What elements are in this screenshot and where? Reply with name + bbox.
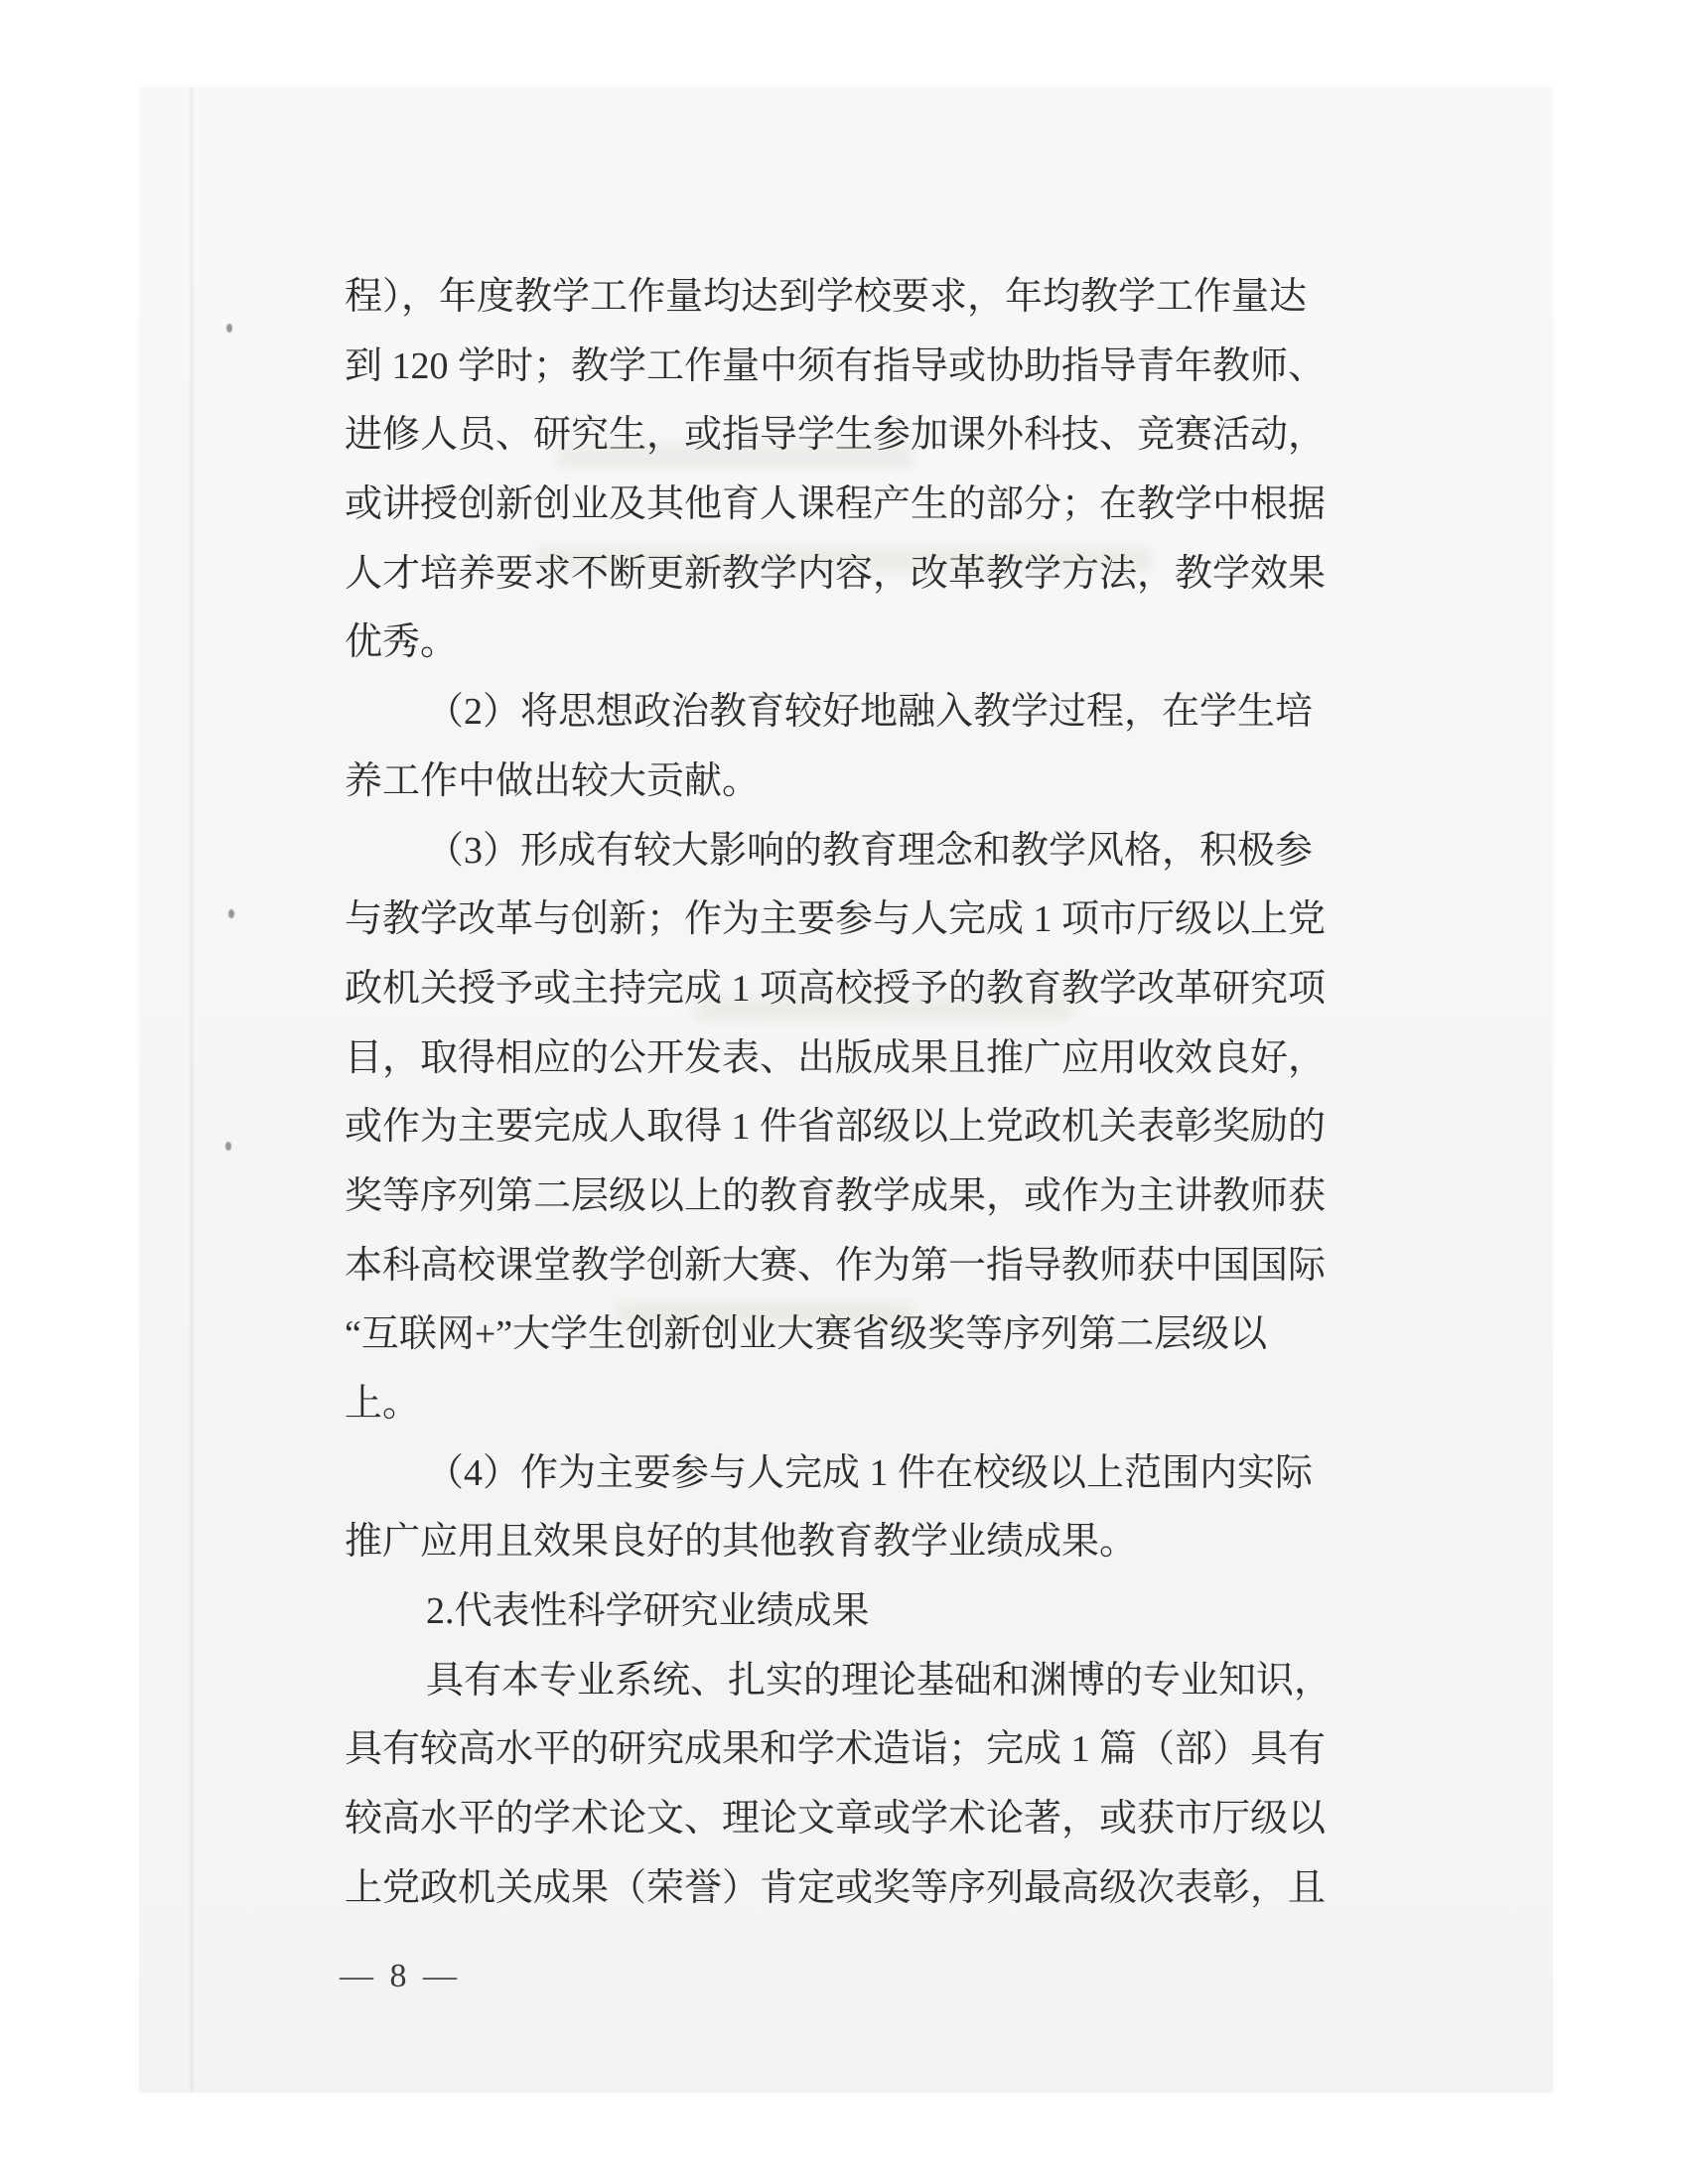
text-line: 较高水平的学术论文、理论文章或学术论著，或获市厅级以	[345, 1785, 1347, 1854]
text-line: 本科高校课堂教学创新大赛、作为第一指导教师获中国国际	[345, 1232, 1347, 1301]
text-line: 或讲授创新创业及其他育人课程产生的部分；在教学中根据	[345, 471, 1347, 540]
text-line: 养工作中做出较大贡献。	[345, 748, 1347, 817]
page-number: — 8 —	[336, 1958, 465, 1995]
text-line: 政机关授予或主持完成 1 项高校授予的教育教学改革研究项	[345, 955, 1347, 1024]
text-line-paragraph-start: （4）作为主要参与人完成 1 件在校级以上范围内实际	[345, 1439, 1347, 1509]
scan-speck-artifact	[226, 324, 232, 333]
text-line-paragraph-start: （3）形成有较大影响的教育理念和教学风格，积极参	[345, 817, 1347, 887]
text-line: 推广应用且效果良好的其他教育教学业绩成果。	[345, 1508, 1347, 1577]
text-line: 上。	[345, 1370, 1347, 1439]
text-line: 优秀。	[345, 609, 1347, 678]
text-line: 或作为主要完成人取得 1 件省部级以上党政机关表彰奖励的	[345, 1093, 1347, 1162]
text-line: 奖等序列第二层级以上的教育教学成果，或作为主讲教师获	[345, 1162, 1347, 1232]
text-line-paragraph-start: （2）将思想政治教育较好地融入教学过程，在学生培	[345, 678, 1347, 748]
text-line: 进修人员、研究生，或指导学生参加课外科技、竞赛活动，	[345, 401, 1347, 471]
text-line: 与教学改革与创新；作为主要参与人完成 1 项市厅级以上党	[345, 886, 1347, 955]
text-line: 上党政机关成果（荣誉）肯定或奖等序列最高级次表彰，且	[345, 1854, 1347, 1924]
document-body-text: 程），年度教学工作量均达到学校要求，年均教学工作量达 到 120 学时；教学工作…	[345, 263, 1347, 1924]
text-line: 具有较高水平的研究成果和学术造诣；完成 1 篇（部）具有	[345, 1715, 1347, 1785]
scanned-document-screenshot: { "document": { "language": "zh-CN", "li…	[0, 0, 1688, 2184]
text-line-heading: 2.代表性科学研究业绩成果	[345, 1577, 1347, 1647]
text-line: 人才培养要求不断更新教学内容，改革教学方法，教学效果	[345, 540, 1347, 610]
text-line: “互联网+”大学生创新创业大赛省级奖等序列第二层级以	[345, 1300, 1347, 1370]
scan-streak-artifact	[191, 87, 193, 2093]
text-line: 到 120 学时；教学工作量中须有指导或协助指导青年教师、	[345, 333, 1347, 402]
text-line: 目，取得相应的公开发表、出版成果且推广应用收效良好，	[345, 1024, 1347, 1094]
scan-speck-artifact	[225, 1142, 231, 1151]
text-line: 程），年度教学工作量均达到学校要求，年均教学工作量达	[345, 263, 1347, 333]
scan-speck-artifact	[228, 909, 234, 918]
text-line-paragraph-start: 具有本专业系统、扎实的理论基础和渊博的专业知识，	[345, 1647, 1347, 1716]
